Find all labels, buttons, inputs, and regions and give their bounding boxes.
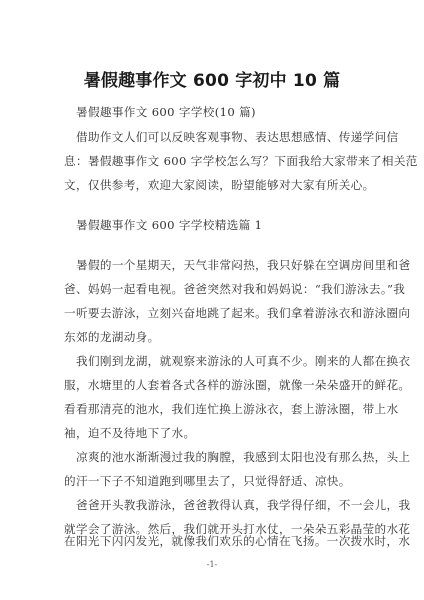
body-line: 服，水塘里的人套着各式各样的游泳圈，就像一朵朵盛开的鲜花。 [64, 378, 364, 392]
body-line: 看看那清亮的池水，我们连忙换上游泳衣，套上游泳圈，带上水 [64, 402, 364, 416]
intro-line: 借助作文人们可以反映客观事物、表达思想感情、传递学问信 [76, 130, 376, 144]
body-line: 凉爽的池水渐渐漫过我的胸膛，我感到太阳也没有那么热，头上 [76, 450, 376, 464]
body-line: 我们刚到龙湖，就观察来游泳的人可真不少。刚来的人都在换衣 [76, 354, 376, 368]
body-line: 的汗一下子不知道跑到哪里去了，只觉得舒适、凉快。 [64, 474, 364, 488]
body-line: 在阳光下闪闪发光，就像我们欢乐的心情在飞扬。一次拨水时，水 [64, 534, 364, 548]
body-line: 爸、妈妈一起看电视。爸爸突然对我和妈妈说：“我们游泳去。”我 [64, 282, 364, 296]
intro-line: 文，仅供参考，欢迎大家阅读，盼望能够对大家有所关心。 [64, 178, 364, 192]
page-number: -1- [0, 560, 424, 569]
intro-line: 息：暑假趣事作文 600 字学校怎么写？下面我给大家带来了相关范 [64, 154, 364, 168]
body-line: 东郊的龙湖动身。 [64, 330, 364, 344]
document-subtitle: 暑假趣事作文 600 字学校(10 篇) [76, 105, 376, 119]
document-title: 暑假趣事作文 600 字初中 10 篇 [0, 66, 424, 91]
body-line: 一听要去游泳，立刻兴奋地跳了起来。我们拿着游泳衣和游泳圈向 [64, 306, 364, 320]
section-heading: 暑假趣事作文 600 字学校精选篇 1 [76, 218, 376, 232]
body-line: 爸爸开头教我游泳，爸爸教得认真，我学得仔细，不一会儿，我 [76, 498, 376, 512]
body-line: 暑假的一个星期天，天气非常闷热，我只好躲在空调房间里和爸 [76, 258, 376, 272]
document-page: 暑假趣事作文 600 字初中 10 篇 暑假趣事作文 600 字学校(10 篇)… [0, 0, 424, 600]
body-line: 袖，迫不及待地下了水。 [64, 426, 364, 440]
